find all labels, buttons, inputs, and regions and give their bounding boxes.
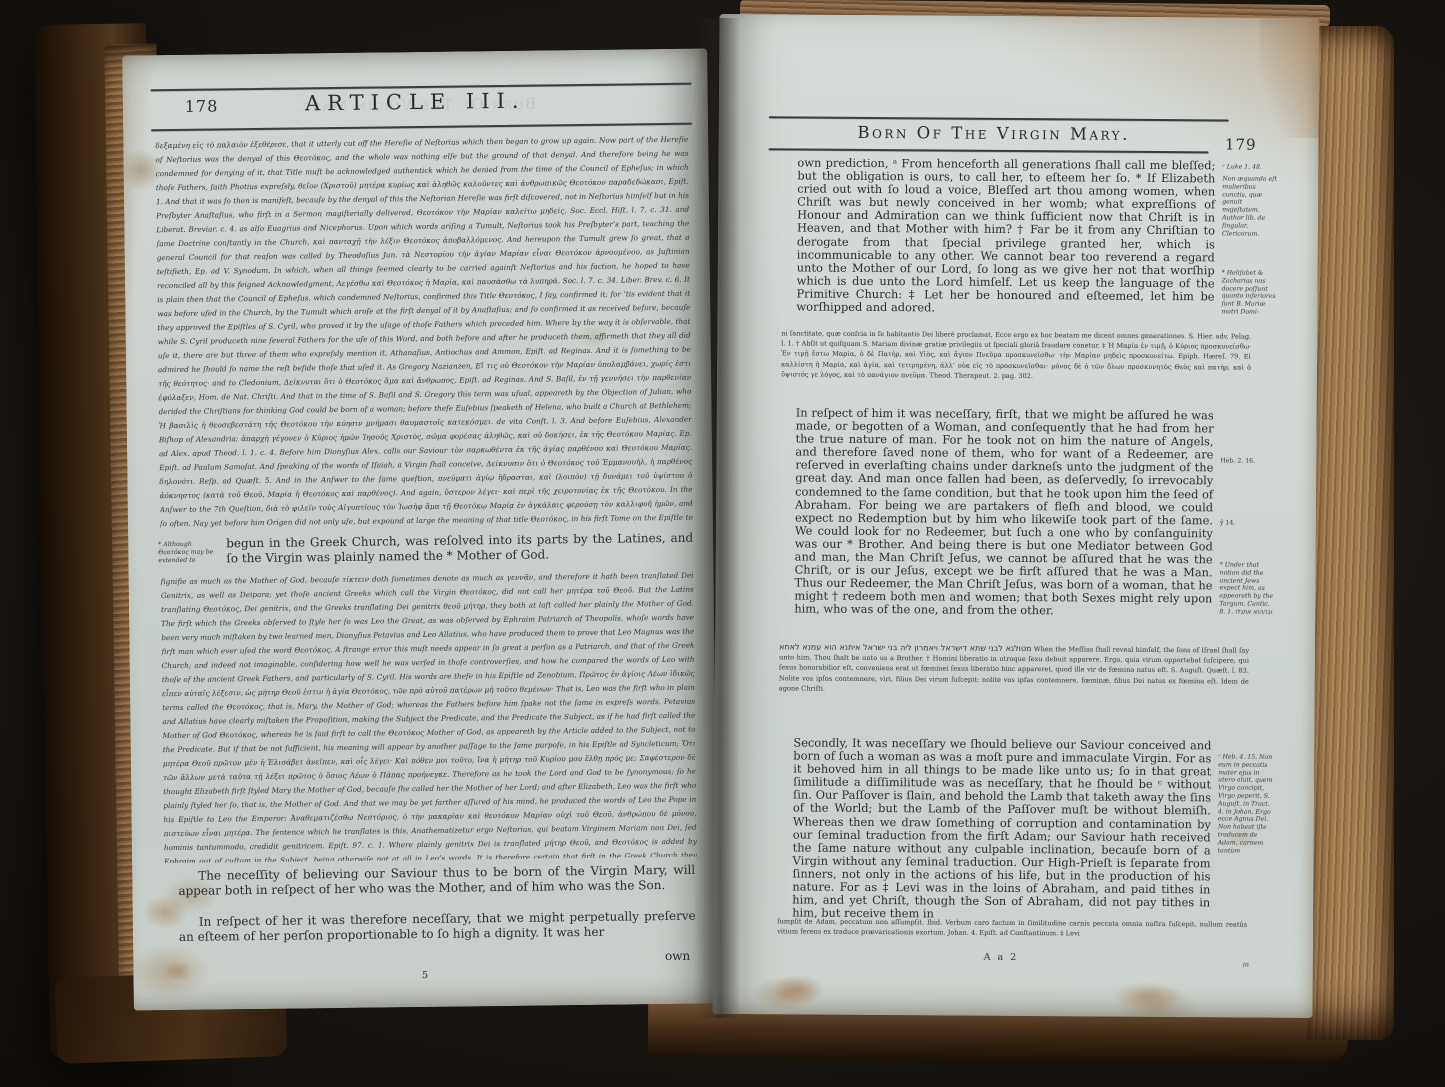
foxing-stain — [773, 974, 825, 1004]
running-head-title: Born Of The Virgin Mary. — [779, 122, 1209, 144]
page-number-right: 179 — [1225, 135, 1257, 153]
foxing-stain — [1113, 982, 1183, 1010]
margin-note-luke: ᵃ Luke 1. 48. — [1222, 163, 1278, 171]
section-text-mother-of-god: begun in the Greek Church, was reſolved … — [226, 531, 693, 566]
header-rule-bottom-right — [769, 148, 1209, 153]
annotation-block-nestorius: δεξαμένη εἰς τὸ παλαιὸν ἐξεθέρισε, that … — [155, 133, 693, 529]
margin-note-although: * Although Θεοτόκος may be extended to — [158, 540, 220, 564]
book-gutter — [694, 18, 740, 1018]
hebrew-quotation: מטולנא לבני שתא דישראל ויאמרון ליה בני י… — [779, 642, 1031, 653]
press-figure: 5 — [133, 966, 718, 984]
margin-note-heb-2-16: Heb. 2. 16. — [1220, 457, 1276, 465]
footnote-block-1: ni ſanctitate, quæ conſcia in ſe habitan… — [781, 328, 1252, 405]
margin-note-heb-4-15: ᶜ Heb. 4. 15. Non eum in peccatis mater … — [1218, 753, 1275, 855]
left-page: Born Of The Virgin Mary. 178 ARTICLE III… — [122, 48, 719, 1010]
right-page: Born Of The Virgin Mary. 179 own predict… — [713, 14, 1320, 1018]
signature-mark: A a 2 — [792, 950, 1210, 964]
edge-browning — [1259, 18, 1320, 138]
header-rule-top-right — [769, 116, 1229, 121]
header-rule-bottom-left — [151, 123, 692, 131]
catchword-own: own — [665, 949, 690, 963]
paragraph-in-respect-of-him: In reſpect of him it was neceſſary, firſ… — [794, 406, 1213, 618]
margin-note-under-hebrew: ובההוא אתגלו — [1235, 608, 1272, 615]
right-page-edges — [1306, 26, 1394, 1040]
margin-note-helisabet: * Heliſabet & Zacharias nos docere poſſu… — [1221, 269, 1277, 316]
footnote-block-3: ſumpſit de Adam, peccatum non aſſumpſit.… — [777, 916, 1247, 945]
article-title: ARTICLE III. — [123, 86, 708, 117]
margin-note-non-aequanda: Non æquanda eſt mulieribus cunctis, quæ … — [1222, 175, 1278, 238]
footnote-block-2: מטולנא לבני שתא דישראל ויאמרון ליה בני י… — [778, 642, 1249, 733]
paragraph-own-prediction: own prediction, ᵃ From henceforth all ge… — [796, 156, 1215, 316]
catchword-in: in — [1243, 962, 1299, 970]
margin-note-verse-14: ŷ 14. — [1220, 519, 1276, 527]
book-photograph: Born Of The Virgin Mary. 178 ARTICLE III… — [0, 0, 1445, 1087]
paragraph-secondly: Secondly, It was neceſſary we ſhould bel… — [792, 736, 1211, 922]
annotation-block-theotokos: ſignifie as much as the Mother of God, b… — [161, 569, 697, 863]
paragraph-necessity: The neceſſity of believing our Saviour t… — [178, 863, 695, 899]
margin-note-under-that-notion: * Under that notion did the ancient Jews… — [1219, 561, 1275, 616]
paragraph-in-respect-of-her: In reſpect of her it was therefore neceſ… — [179, 909, 696, 945]
margin-note-under-text: * Under that notion did the ancient Jews… — [1219, 561, 1273, 615]
